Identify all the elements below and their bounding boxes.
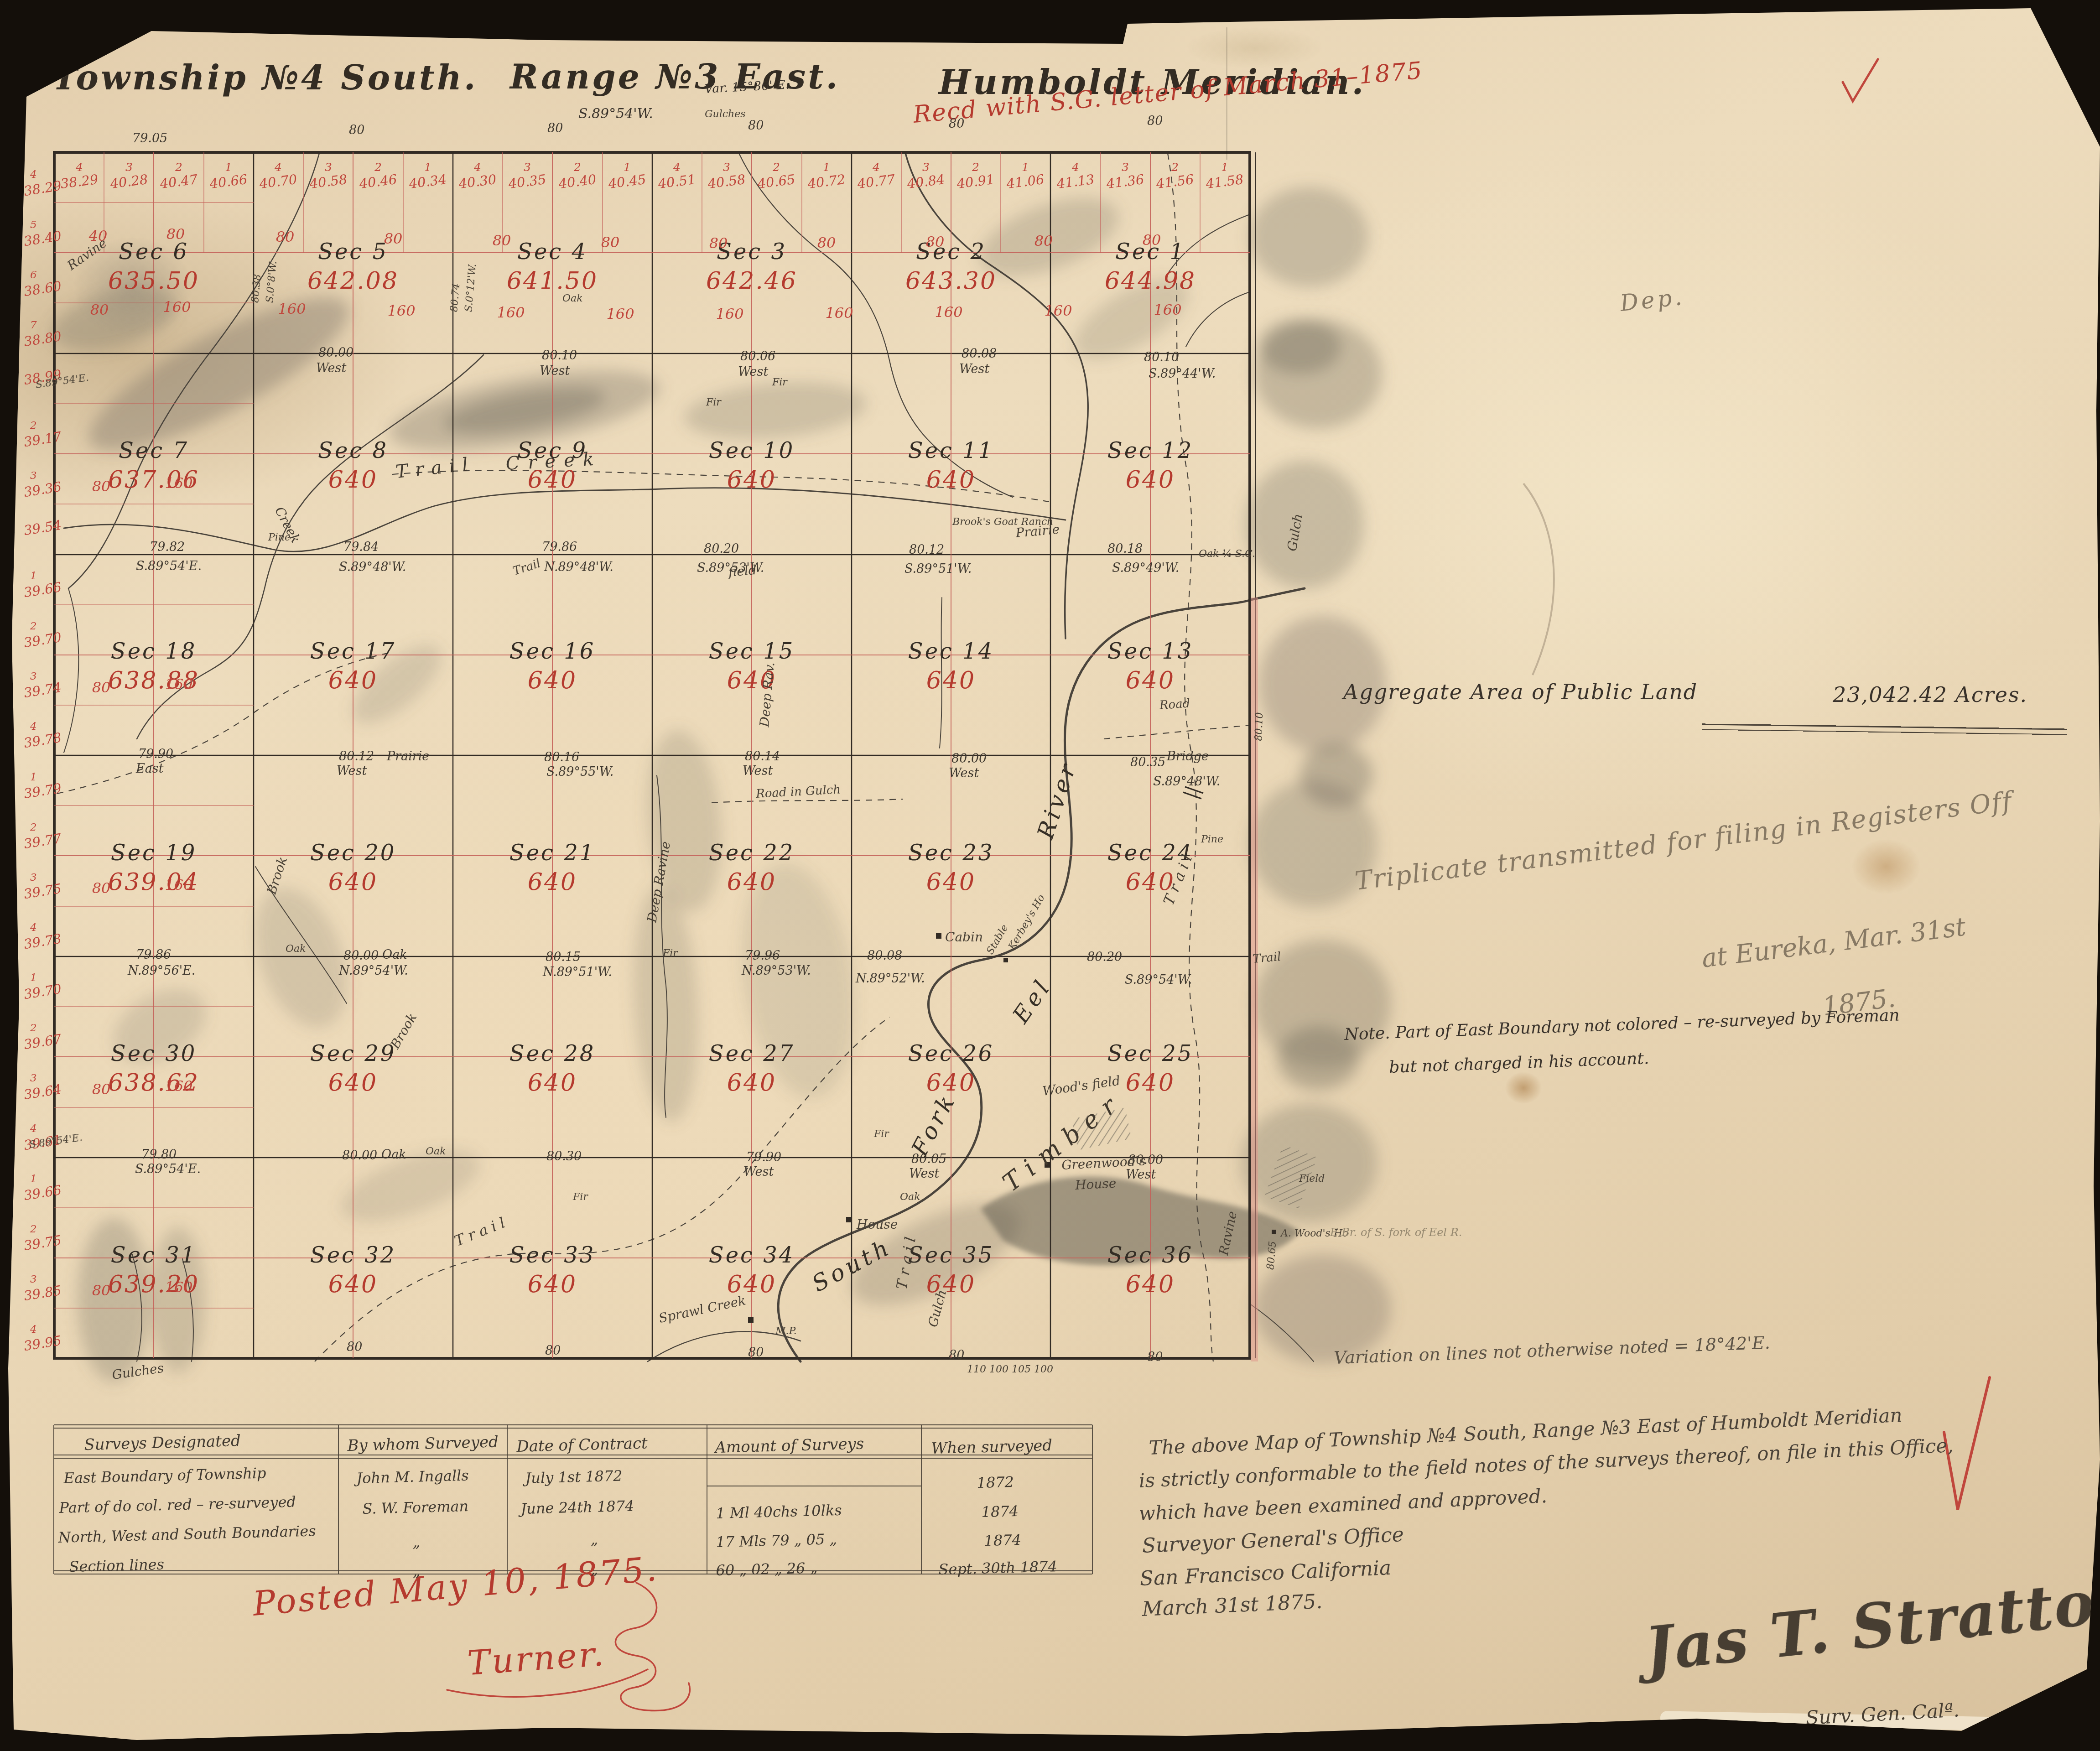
- feature-label: Oak: [426, 1146, 446, 1157]
- quarter-acreage: 160: [1044, 302, 1072, 319]
- margin-lot-acreage: 38.29: [23, 178, 62, 199]
- lot-acreage: 40.47: [159, 171, 199, 192]
- margin-lot-acreage: 39.77: [23, 831, 62, 852]
- section: Sec 25 640: [1107, 1041, 1194, 1096]
- lot-acreage: 41.13: [1056, 171, 1096, 192]
- margin-lot: 3 39.85: [24, 1273, 62, 1301]
- lot-column: 2 40.46: [359, 161, 397, 189]
- measurement-label: Oak: [382, 948, 407, 962]
- lot-column: 1 40.66: [209, 161, 247, 189]
- quarter-acreage: 80: [384, 230, 403, 247]
- lot-column: 3 40.58: [309, 161, 347, 189]
- section-number: Sec 27: [709, 1041, 795, 1066]
- measurement-label: N.89°52'W.: [856, 972, 925, 986]
- section-area: 640: [926, 1069, 976, 1096]
- quarter-acreage: 160: [387, 302, 415, 319]
- section-area: 642.08: [307, 267, 399, 295]
- lot-column: 1 40.34: [409, 161, 447, 189]
- measurement-label: West: [959, 362, 989, 376]
- lot-acreage: 40.77: [857, 171, 896, 192]
- section-number: Sec 36: [1107, 1242, 1194, 1268]
- section: Sec 36 640: [1107, 1242, 1194, 1298]
- feature-label: Pine: [268, 532, 291, 543]
- measurement-label: S.89°44'W.: [1149, 367, 1216, 381]
- title-township: Township №4 South.: [52, 58, 478, 98]
- section: Sec 4 641.50: [507, 239, 598, 295]
- measurement-label: 79.84: [343, 540, 379, 554]
- margin-lot: 3 39.36: [24, 470, 62, 497]
- lot-column: 4 40.51: [658, 161, 696, 189]
- margin-lot: 4 39.78: [24, 721, 62, 748]
- lot-acreage: 41.58: [1205, 171, 1245, 192]
- quarter-acreage: 80: [166, 225, 185, 243]
- quarter-acreage: 160: [165, 876, 192, 894]
- table-cell: S. W. Foreman: [362, 1497, 469, 1517]
- measurement-label: S.89°54'E.: [136, 559, 202, 573]
- section-area: 640: [1126, 667, 1175, 694]
- section: Sec 26 640: [908, 1041, 994, 1096]
- section-number: Sec 13: [1107, 639, 1194, 664]
- section-area: 640: [328, 868, 378, 896]
- lot-acreage: 40.28: [109, 171, 149, 192]
- lot-column: 4 40.77: [857, 161, 895, 189]
- margin-lot: 4 38.29: [24, 169, 62, 196]
- measurement-label: N.89°48'W.: [544, 560, 613, 574]
- measurement-label: West: [1126, 1168, 1156, 1182]
- feature-label: Creek: [0, 147, 15, 179]
- measurement-label: 80.00: [342, 1148, 377, 1163]
- section: Sec 10 640: [709, 438, 795, 494]
- lot-acreage: 40.30: [458, 171, 498, 192]
- section-area: 640: [528, 1069, 577, 1096]
- lot-column: 1 40.72: [807, 161, 845, 189]
- north-boundary-bearing: S.89°54'W.: [578, 106, 653, 122]
- table-cell: June 24th 1874: [520, 1497, 634, 1517]
- table-header: Amount of Surveys: [715, 1434, 864, 1457]
- feature-label: House: [1075, 1175, 1117, 1193]
- section: Sec 16 640: [509, 639, 596, 694]
- measurement-label: Prairie: [387, 749, 429, 764]
- section-number: Sec 16: [509, 639, 596, 664]
- margin-lot: 4 39.95: [24, 1324, 62, 1351]
- section-number: Sec 12: [1107, 438, 1194, 463]
- section-area: 643.30: [905, 267, 997, 295]
- table-cell: 1872: [977, 1473, 1014, 1491]
- lot-acreage: 40.34: [408, 171, 448, 192]
- feature-label: Fir: [663, 948, 678, 959]
- section-number: Sec 19: [111, 840, 197, 866]
- section-area: 644.98: [1105, 267, 1196, 295]
- section-area: 640: [528, 868, 577, 896]
- quarter-acreage: 160: [716, 305, 743, 322]
- feature-label: Trail: [1252, 950, 1281, 966]
- margin-lot-acreage: 39.75: [23, 1232, 62, 1254]
- measurement-label: West: [337, 764, 367, 778]
- measurement-label: West: [316, 361, 346, 375]
- margin-lot-acreage: 39.70: [23, 981, 62, 1003]
- measurement-label: 79.82: [150, 540, 185, 554]
- section: Sec 34 640: [709, 1242, 795, 1298]
- measurement-label: 80.00: [318, 346, 353, 360]
- lot-column: 2 40.40: [558, 161, 596, 189]
- table-cell: 1 Ml 40chs 10lks: [716, 1502, 842, 1522]
- section-area: 640: [328, 1069, 378, 1096]
- section: Sec 17 640: [310, 639, 396, 694]
- margin-lot: 39.54: [24, 520, 62, 535]
- quarter-acreage: 80: [926, 233, 945, 250]
- section: Sec 12 640: [1107, 438, 1194, 494]
- measurement-label: 80.18: [1107, 542, 1143, 556]
- section: Sec 33 640: [509, 1242, 596, 1298]
- section-number: Sec 33: [509, 1242, 596, 1268]
- lot-column: 2 40.91: [956, 161, 994, 189]
- measurement-label: 80.10: [1144, 350, 1179, 364]
- feature-label: Road: [1159, 696, 1190, 712]
- measurement-label: 80.06: [740, 349, 775, 364]
- measurement-label: 79.86: [542, 540, 577, 554]
- lot-acreage: 40.84: [906, 171, 946, 192]
- margin-lot: 1 39.66: [24, 1173, 62, 1200]
- section-number: Sec 35: [908, 1242, 994, 1268]
- table-cell: 1874: [981, 1502, 1019, 1521]
- measurement-label: 80: [545, 1344, 561, 1358]
- lot-acreage: 40.66: [209, 171, 249, 192]
- table-cell: Sept. 30th 1874: [938, 1558, 1057, 1578]
- feature-label: Fir: [772, 377, 787, 388]
- lot-column: 2 40.47: [160, 161, 198, 189]
- quarter-acreage: 80: [92, 478, 111, 495]
- feature-label: Field: [1299, 1173, 1325, 1185]
- table-cell: 17 Mls 79 „ 05 „: [716, 1530, 837, 1551]
- table-header: Date of Contract: [516, 1434, 648, 1456]
- feature-label: Fir: [573, 1191, 588, 1203]
- measurement-label: West: [743, 1165, 774, 1179]
- lot-acreage: 41.06: [1006, 171, 1045, 192]
- section: Sec 14 640: [908, 639, 994, 694]
- section-number: Sec 28: [509, 1041, 596, 1066]
- measurement-label: 80.15: [546, 950, 581, 964]
- measurement-label: West: [738, 365, 768, 379]
- margin-lot-acreage: 39.79: [23, 780, 62, 802]
- table-cell: „: [412, 1533, 421, 1551]
- section: Sec 11 640: [908, 438, 994, 494]
- margin-lot: 3 39.75: [24, 872, 62, 899]
- measurement-label: N.89°53'W.: [742, 964, 811, 978]
- section: Sec 29 640: [310, 1041, 396, 1096]
- quarter-acreage: 160: [165, 1077, 192, 1095]
- measurement-label: 80.16: [544, 750, 579, 764]
- section: Sec 35 640: [908, 1242, 994, 1298]
- check-icon: [1843, 59, 1878, 101]
- section: Sec 32 640: [310, 1242, 396, 1298]
- margin-lot-acreage: 39.95: [23, 1333, 62, 1354]
- section-number: Sec 8: [318, 438, 388, 463]
- lot-acreage: 40.45: [608, 171, 647, 192]
- quarter-acreage: 80: [92, 1282, 111, 1299]
- margin-lot-acreage: 39.75: [23, 881, 62, 902]
- lot-column: 4 40.30: [458, 161, 496, 189]
- section-number: Sec 30: [111, 1041, 197, 1066]
- title-range: Range №3 East.: [510, 57, 840, 97]
- feature-label: Oak: [562, 293, 582, 304]
- measurement-label: N.89°54'W.: [339, 964, 408, 978]
- quarter-acreage: 80: [92, 679, 111, 696]
- lot-column: 4 41.13: [1056, 161, 1094, 189]
- section-number: Sec 31: [111, 1242, 197, 1268]
- measurement-label: 80: [748, 119, 764, 133]
- section-number: Sec 25: [1107, 1041, 1194, 1066]
- margin-lot-acreage: 39.85: [23, 1283, 62, 1304]
- section-number: Sec 10: [709, 438, 795, 463]
- margin-lot-acreage: 39.67: [23, 1031, 62, 1053]
- measurement-label: 80.00: [951, 752, 987, 766]
- measurement-label: West: [909, 1167, 939, 1181]
- feature-label: Cabin: [945, 930, 983, 945]
- section: Sec 2 643.30: [905, 239, 997, 295]
- margin-lot: 7 38.80: [24, 319, 62, 347]
- quarter-acreage: 160: [165, 675, 192, 693]
- section-number: Sec 17: [310, 639, 396, 664]
- lot-acreage: 40.40: [558, 171, 598, 192]
- section-number: Sec 15: [709, 639, 795, 664]
- section-area: 640: [328, 1271, 378, 1298]
- measurement-label: S.89°48'W.: [1153, 774, 1220, 789]
- margin-lot-acreage: 39.64: [23, 1081, 62, 1103]
- measurement-label: 110 100 105 100: [967, 1364, 1053, 1375]
- section-area: 635.50: [108, 267, 199, 295]
- measurement-label: 80.08: [867, 949, 902, 963]
- margin-lot: 2 39.67: [24, 1022, 62, 1050]
- margin-lot: 2 39.70: [24, 620, 62, 648]
- margin-lot-acreage: 39.66: [23, 1182, 62, 1204]
- section: Sec 8 640: [318, 438, 388, 494]
- measurement-label: 80.20: [704, 542, 739, 556]
- measurement-label: 79.86: [136, 948, 171, 962]
- margin-lot-acreage: 38.60: [23, 278, 62, 300]
- lot-acreage: 38.29: [60, 171, 99, 192]
- quarter-acreage: 80: [709, 234, 728, 252]
- section-area: 640: [1126, 466, 1175, 494]
- section-number: Sec 18: [111, 639, 197, 664]
- section-number: Sec 22: [709, 840, 795, 866]
- section: Sec 15 640: [709, 639, 795, 694]
- section-number: Sec 11: [908, 438, 994, 463]
- table-cell: „: [590, 1561, 598, 1578]
- measurement-label: 79.90: [138, 747, 173, 761]
- section: Sec 27 640: [709, 1041, 795, 1096]
- section-area: 642.46: [706, 267, 797, 295]
- measurement-label: 80: [349, 123, 364, 137]
- feature-label: Brook's Goat Ranch: [952, 516, 1053, 528]
- section-area: 640: [727, 466, 776, 494]
- section-number: Sec 21: [509, 840, 596, 866]
- section: Sec 23 640: [908, 840, 994, 896]
- margin-lot: 5 38.40: [24, 219, 62, 246]
- feature-label: Fir: [706, 397, 721, 408]
- quarter-acreage: 160: [165, 1278, 192, 1296]
- section-area: 640: [926, 868, 976, 896]
- feature-label: Oak: [286, 943, 306, 955]
- table-cell: Section lines: [69, 1556, 164, 1575]
- section: Sec 21 640: [509, 840, 596, 896]
- measurement-label: N.89°56'E.: [128, 964, 195, 978]
- feature-label: Oak ¼ S.C.: [1199, 548, 1255, 560]
- table-cell: „: [412, 1563, 421, 1580]
- lot-acreage: 40.65: [757, 171, 796, 192]
- measurement-label: 80.00: [343, 949, 379, 963]
- measurement-label: 80.08: [962, 347, 997, 361]
- feature-label: House: [857, 1217, 898, 1232]
- measurement-label: 79.05: [132, 131, 167, 145]
- lot-column: 3 40.28: [110, 161, 148, 189]
- measurement-label: 80: [547, 121, 563, 135]
- quarter-acreage: 160: [1154, 301, 1181, 318]
- quarter-acreage: 80: [817, 234, 836, 251]
- measurement-label: 80.12: [339, 749, 374, 764]
- lot-column: 1 40.45: [608, 161, 646, 189]
- section: Sec 6 635.50: [108, 239, 199, 295]
- table-cell: July 1st 1872: [525, 1467, 623, 1487]
- margin-lot-acreage: 38.80: [23, 328, 62, 350]
- table-cell: John M. Ingalls: [356, 1467, 469, 1487]
- margin-lot: 2 39.17: [24, 420, 62, 447]
- section-number: Sec 20: [310, 840, 396, 866]
- measurement-label: S.89°48'W.: [339, 560, 406, 574]
- lot-column: 2 40.65: [757, 161, 795, 189]
- section-area: 641.50: [507, 267, 598, 295]
- margin-lot: 2 39.75: [24, 1223, 62, 1251]
- measurement-label: 80: [949, 1348, 964, 1362]
- photo-backdrop: { "header": { "township": "Township №4 S…: [0, 0, 2100, 1751]
- margin-lot: 6 38.60: [24, 269, 62, 296]
- margin-lot: 2 39.77: [24, 821, 62, 849]
- margin-lot-acreage: 38.40: [23, 228, 62, 249]
- measurement-label: S.89°54'W.: [1125, 973, 1192, 987]
- section-number: Sec 5: [318, 239, 388, 265]
- lot-acreage: 40.91: [956, 171, 996, 192]
- measurement-label: 79.96: [745, 949, 780, 963]
- measurement-label: 80.12: [909, 543, 944, 557]
- section-number: Sec 7: [119, 438, 189, 463]
- lot-acreage: 40.35: [508, 171, 547, 192]
- section: Sec 13 640: [1107, 639, 1194, 694]
- measurement-label: 80.20: [1087, 950, 1122, 964]
- section-number: Sec 4: [517, 239, 587, 265]
- feature-label: field: [728, 562, 757, 580]
- quarter-acreage: 160: [935, 303, 962, 321]
- lot-column: 4 38.29: [60, 161, 98, 189]
- section-number: Sec 34: [709, 1242, 795, 1268]
- lot-acreage: 40.58: [707, 171, 747, 192]
- measurement-label: Bridge: [1167, 749, 1209, 764]
- margin-lot: 1 39.66: [24, 570, 62, 598]
- quarter-acreage: 80: [1143, 231, 1161, 249]
- feature-label: Pine: [1201, 834, 1223, 845]
- section-number: Sec 6: [119, 239, 189, 265]
- quarter-acreage: 80: [601, 234, 620, 251]
- lot-acreage: 40.51: [657, 171, 697, 192]
- section-area: 640: [528, 667, 577, 694]
- measurement-label: S.89°49'W.: [1112, 561, 1179, 575]
- section-number: Sec 14: [908, 639, 994, 664]
- lot-column: 3 41.36: [1106, 161, 1144, 189]
- table-cell: 1874: [984, 1531, 1021, 1549]
- measurement-label: S.89°51'W.: [904, 562, 972, 576]
- margin-lot-acreage: 39.74: [23, 680, 62, 701]
- section-area: 640: [727, 868, 776, 896]
- section: Sec 22 640: [709, 840, 795, 896]
- feature-label: E.Br. of S. fork of Eel R.: [1330, 1226, 1462, 1239]
- measurement-label: 80: [949, 117, 964, 131]
- measurement-label: West: [540, 364, 570, 378]
- pencil-arc: [1523, 483, 1554, 675]
- margin-lot-acreage: 39.17: [23, 429, 62, 450]
- table-cell: 60 „ 02 „ 26 „: [716, 1559, 818, 1579]
- quarter-acreage: 160: [825, 304, 853, 322]
- quarter-acreage: 160: [278, 300, 306, 317]
- quarter-acreage: 160: [165, 474, 192, 492]
- section-area: 640: [926, 466, 976, 494]
- table-header: When surveyed: [931, 1436, 1053, 1458]
- lot-column: 4 40.70: [259, 161, 297, 189]
- measurement-label: 79.90: [746, 1150, 781, 1164]
- margin-lot-acreage: 39.66: [23, 579, 62, 601]
- measurement-label: 80.35: [1130, 755, 1165, 769]
- lot-column: 1 41.58: [1206, 161, 1243, 189]
- section-area: 640: [727, 1271, 776, 1298]
- measurement-label: East: [136, 762, 164, 776]
- quarter-acreage: 80: [493, 232, 511, 249]
- section-number: Sec 23: [908, 840, 994, 866]
- lot-acreage: 41.36: [1106, 171, 1145, 192]
- margin-lot-acreage: 39.78: [23, 730, 62, 751]
- feature-label: Oak: [900, 1191, 920, 1203]
- measurement-label: West: [743, 764, 773, 778]
- quarter-acreage: 160: [606, 305, 634, 322]
- margin-lot-acreage: 39.70: [23, 629, 62, 651]
- quarter-acreage: 80: [90, 301, 109, 318]
- measurement-label: 79.80: [141, 1148, 177, 1162]
- lot-column: 1 41.06: [1006, 161, 1044, 189]
- measurement-label: 80.14: [745, 749, 780, 764]
- measurement-label: West: [949, 766, 979, 780]
- quarter-acreage: 160: [497, 304, 525, 321]
- margin-lot-acreage: 39.73: [23, 931, 62, 952]
- section-area: 640: [1126, 1069, 1175, 1096]
- flourish: [615, 1583, 690, 1710]
- top-creek-label: Gulches: [705, 109, 746, 120]
- margin-lot: 3 39.74: [24, 670, 62, 698]
- measurement-label: 80: [1147, 114, 1163, 128]
- margin-lot: 4 39.73: [24, 922, 62, 949]
- section-area: 640: [1126, 1271, 1175, 1298]
- section: Sec 5 642.08: [307, 239, 399, 295]
- lot-column: 3 40.58: [707, 161, 745, 189]
- measurement-label: Oak: [381, 1148, 406, 1162]
- quarter-acreage: 160: [163, 298, 191, 316]
- measurement-label: N.89°51'W.: [543, 965, 612, 979]
- table-cell: „: [590, 1531, 598, 1548]
- section: Sec 28 640: [509, 1041, 596, 1096]
- feature-label: Fir: [874, 1128, 889, 1140]
- lot-acreage: 40.70: [259, 171, 298, 192]
- section: Sec 20 640: [310, 840, 396, 896]
- measurement-label: 80.10: [542, 348, 577, 363]
- section-number: Sec 29: [310, 1041, 396, 1066]
- section-area: 640: [727, 1069, 776, 1096]
- lot-acreage: 41.56: [1155, 171, 1195, 192]
- aggregate-area-label: Aggregate Area of Public Land: [1343, 680, 1698, 704]
